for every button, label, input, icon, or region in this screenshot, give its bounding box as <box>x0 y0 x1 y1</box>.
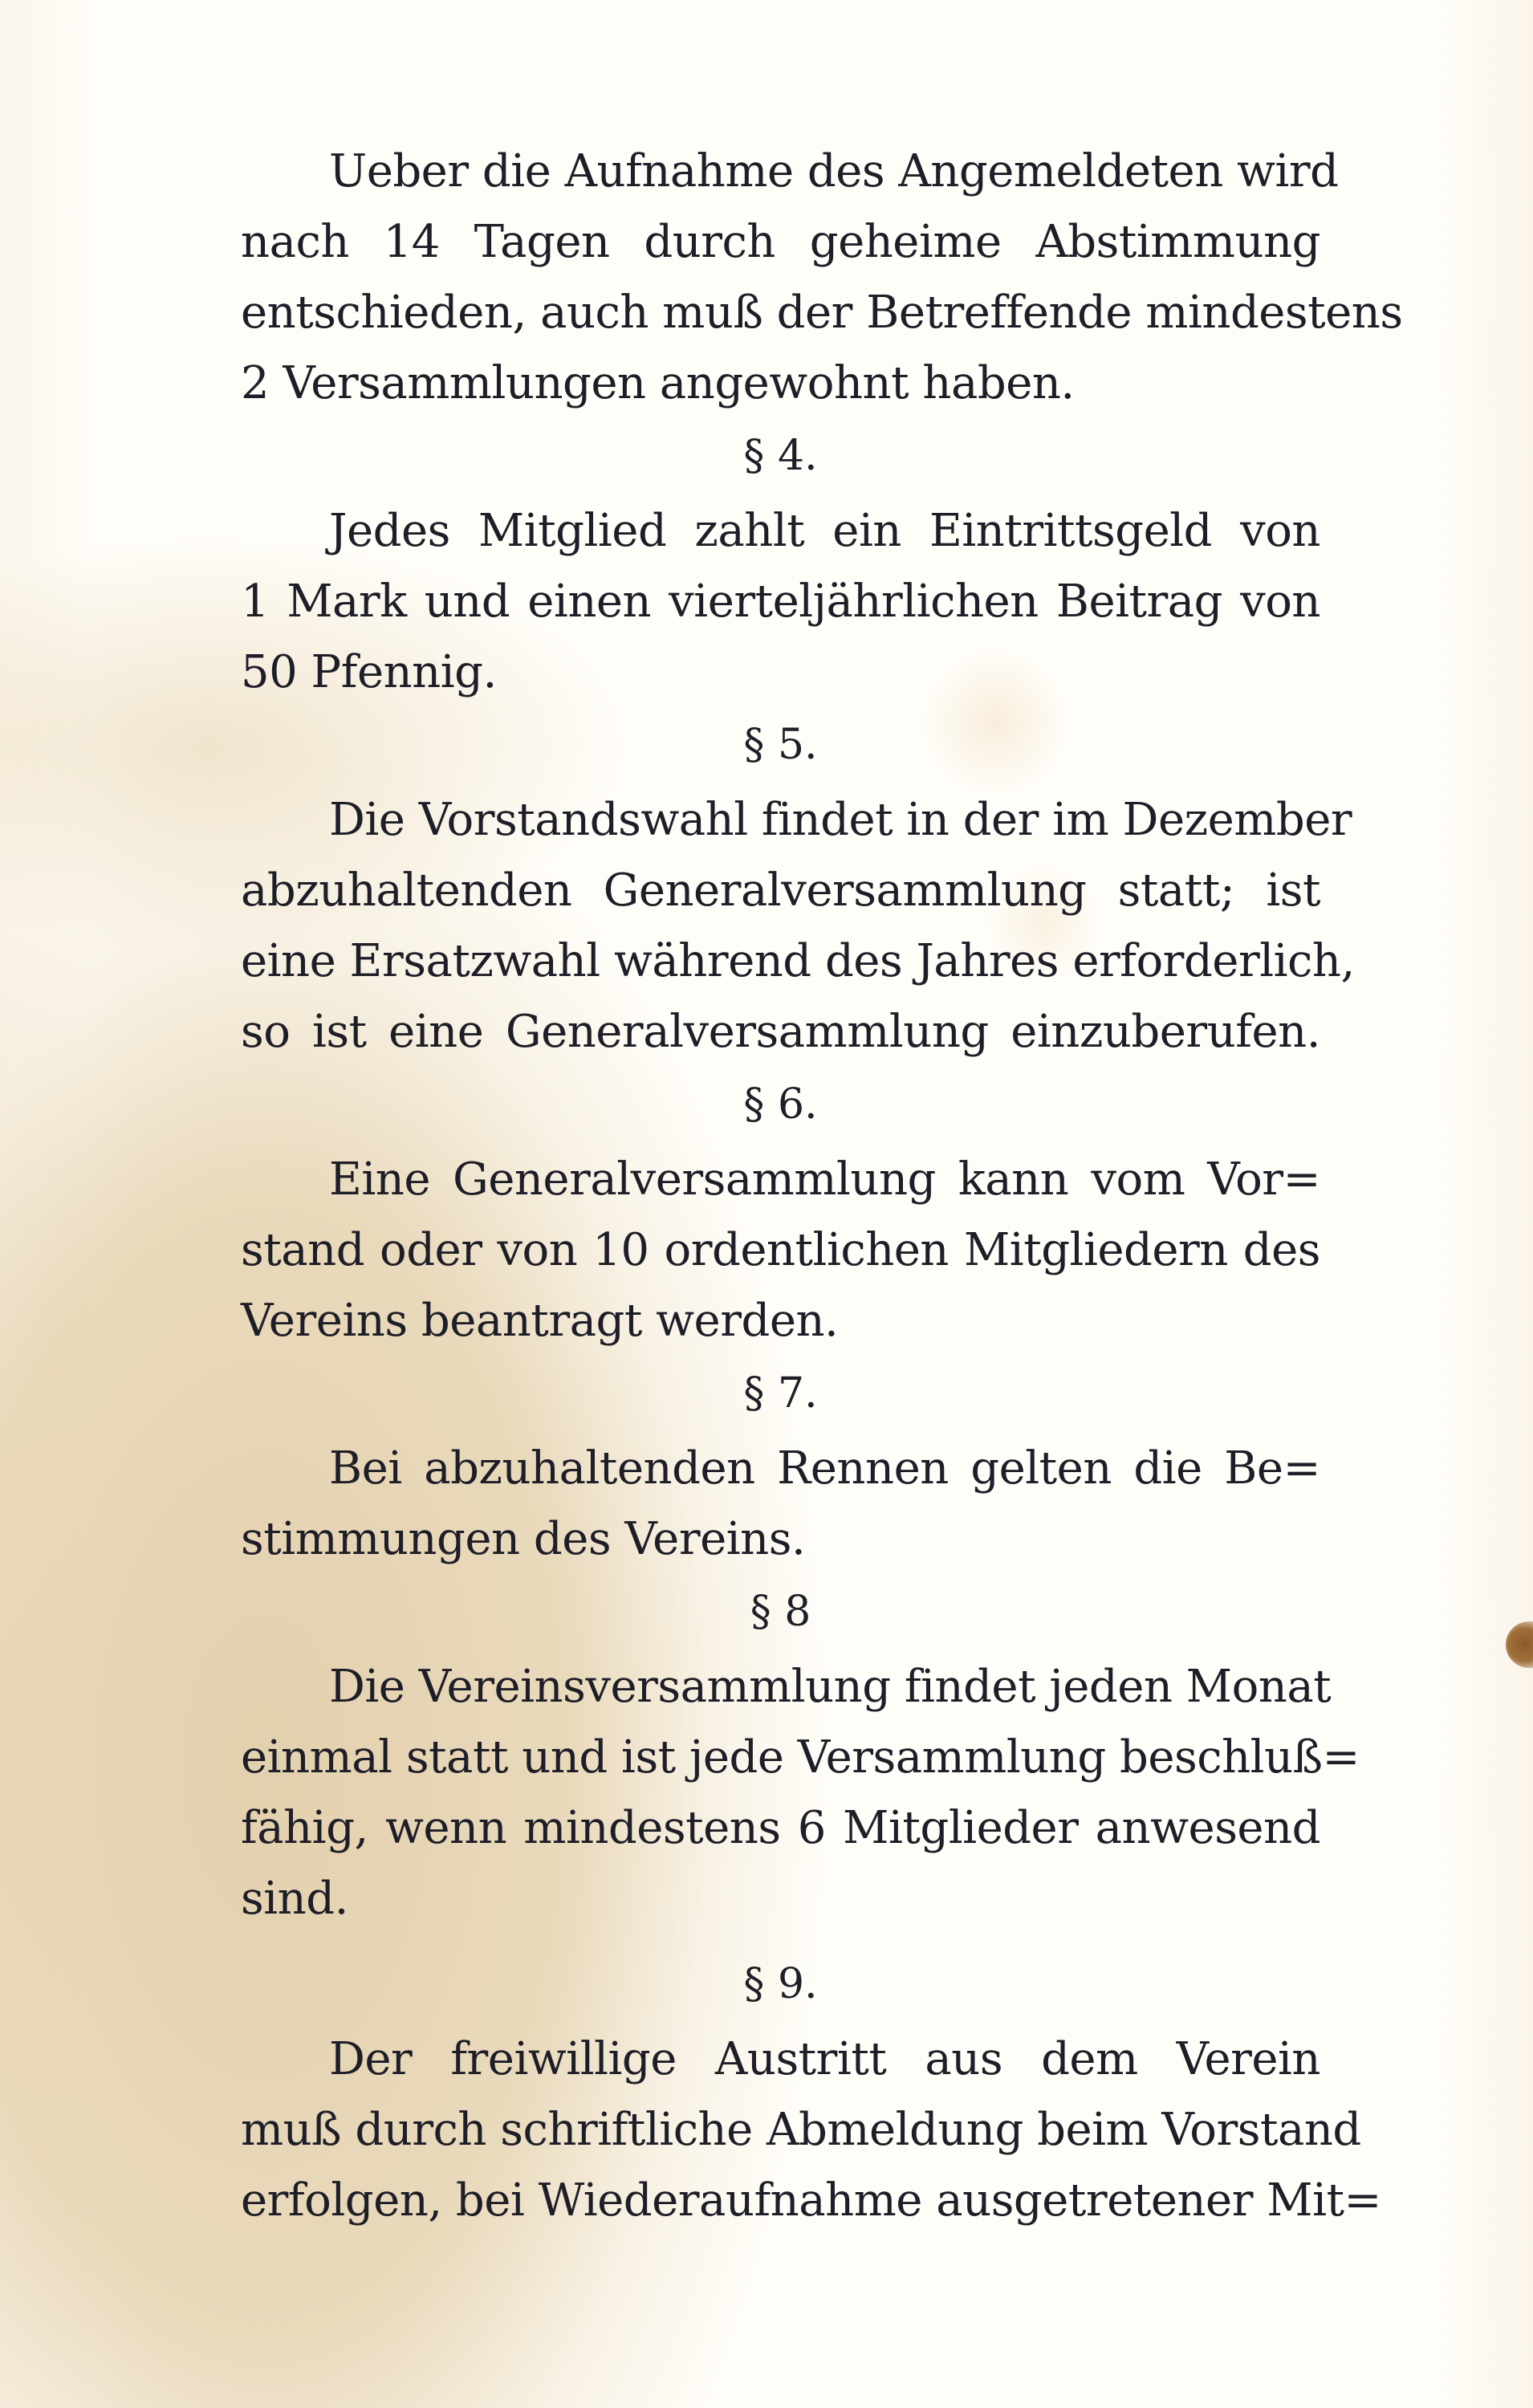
paragraph-section-4: Jedes Mitglied zahlt ein Eintrittsgeld v… <box>241 496 1320 708</box>
text-line: nach 14 Tagen durch geheime Abstimmung <box>241 207 1320 278</box>
text-line: 1 Mark und einen vierteljährlichen Beitr… <box>241 567 1320 637</box>
ink-spot <box>1506 1621 1533 1668</box>
paragraph-section-5: Die Vorstandswahl findet in der im Dezem… <box>241 785 1320 1068</box>
text-line: Vereins beantragt werden. <box>241 1286 1320 1357</box>
section-heading-4: § 4. <box>241 424 1320 488</box>
text-line: fähig, wenn mindestens 6 Mitglieder anwe… <box>241 1793 1320 1864</box>
paragraph-section-8: Die Vereinsversammlung findet jeden Mona… <box>241 1652 1320 1934</box>
paragraph-section-6: Eine Generalversammlung kann vom Vor= st… <box>241 1145 1320 1357</box>
document-body: Ueber die Aufnahme des Angemeldeten wird… <box>241 136 1320 2236</box>
text-line: so ist eine Generalversammlung einzuberu… <box>241 997 1320 1068</box>
text-line: Die Vereinsversammlung findet jeden Mona… <box>241 1652 1320 1723</box>
text-line: Eine Generalversammlung kann vom Vor= <box>241 1145 1320 1215</box>
spacer <box>241 1934 1320 1947</box>
text-line: einmal statt und ist jede Versammlung be… <box>241 1723 1320 1793</box>
text-line: muß durch schriftliche Abmeldung beim Vo… <box>241 2095 1320 2166</box>
section-heading-9: § 9. <box>241 1952 1320 2016</box>
section-heading-8: § 8 <box>241 1580 1320 1644</box>
text-line: Der freiwillige Austritt aus dem Verein <box>241 2024 1320 2095</box>
text-line: sind. <box>241 1864 1320 1934</box>
text-line: stimmungen des Vereins. <box>241 1504 1320 1575</box>
text-line: Bei abzuhaltenden Rennen gelten die Be= <box>241 1434 1320 1504</box>
text-line: 50 Pfennig. <box>241 637 1320 708</box>
aged-paper-page: Ueber die Aufnahme des Angemeldeten wird… <box>0 0 1533 2408</box>
section-heading-7: § 7. <box>241 1361 1320 1426</box>
text-line: 2 Versammlungen angewohnt haben. <box>241 348 1320 419</box>
section-heading-5: § 5. <box>241 713 1320 777</box>
text-line: Ueber die Aufnahme des Angemeldeten wird <box>241 136 1320 207</box>
text-line: eine Ersatzwahl während des Jahres erfor… <box>241 926 1320 997</box>
text-line: Die Vorstandswahl findet in der im Dezem… <box>241 785 1320 856</box>
text-line: stand oder von 10 ordentlichen Mitgliede… <box>241 1215 1320 1286</box>
paragraph-intro: Ueber die Aufnahme des Angemeldeten wird… <box>241 136 1320 419</box>
paragraph-section-9: Der freiwillige Austritt aus dem Verein … <box>241 2024 1320 2236</box>
text-line: abzuhaltenden Generalversammlung statt; … <box>241 856 1320 926</box>
text-line: erfolgen, bei Wiederaufnahme ausgetreten… <box>241 2166 1320 2236</box>
text-line: Jedes Mitglied zahlt ein Eintrittsgeld v… <box>241 496 1320 567</box>
text-line: entschieden, auch muß der Betreffende mi… <box>241 278 1320 348</box>
paragraph-section-7: Bei abzuhaltenden Rennen gelten die Be= … <box>241 1434 1320 1575</box>
section-heading-6: § 6. <box>241 1072 1320 1137</box>
